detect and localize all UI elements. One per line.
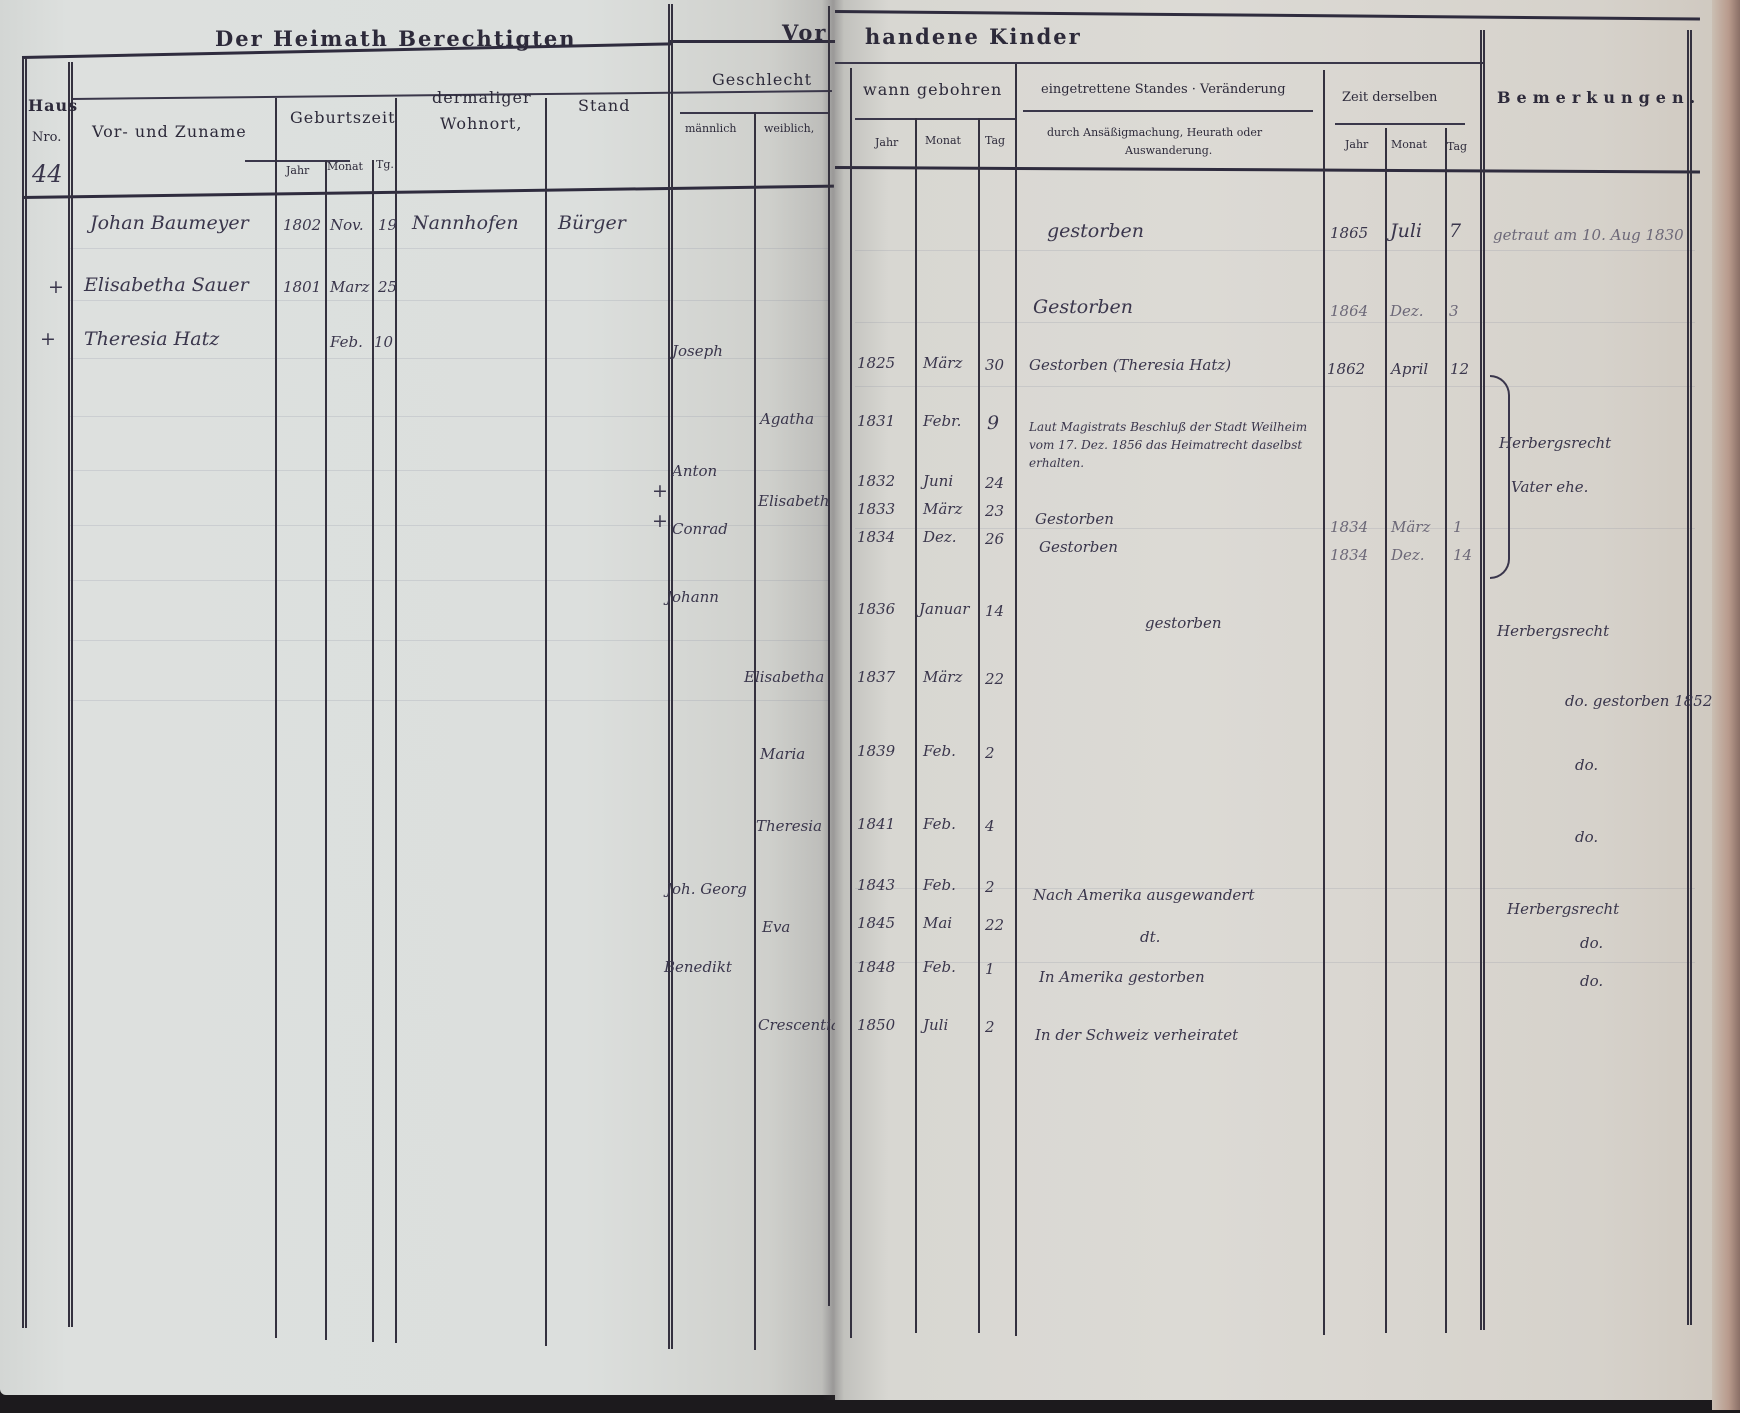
child-birth-month: Feb. [923,742,956,760]
section-title-heimath: Der Heimath Berechtigten [215,26,577,51]
child-birth-day: 9 [987,412,999,434]
child-birth-year: 1834 [857,528,895,546]
person-name: Theresia Hatz [84,328,219,350]
header-z-tag: Tag [1447,140,1467,153]
header-bemerkungen: Bemerkungen. [1497,88,1701,107]
parent-change-month: Dez. [1390,302,1424,320]
child-birth-month: Dez. [923,528,957,546]
header-monat: Monat [925,134,961,147]
header-zeit-derselben: Zeit derselben [1342,90,1437,105]
header-veraenderung-sub-2: Auswanderung. [1125,144,1212,157]
child-remark: do. [1575,756,1598,774]
header-veraenderung: eingetrettene Standes · Veränderung [1041,82,1286,97]
child-change: Gestorben [1035,510,1114,528]
child-change: Gestorben [1039,538,1118,556]
child-birth-year: 1832 [857,472,895,490]
header-nro: Nro. [32,130,61,145]
child-birth-year: 1850 [857,1016,895,1034]
header-z-monat: Monat [1391,138,1427,151]
deceased-cross-icon: + [652,480,668,502]
child-remark: do. [1575,828,1598,846]
child-remark: Herbergsrecht [1507,900,1619,918]
child-name-male: Benedikt [664,958,732,976]
child-change: Nach Amerika ausgewandert [1033,886,1255,904]
parent-change-year: 1865 [1330,224,1368,242]
child-change-year: 1834 [1330,546,1368,564]
child-remark: Herbergsrecht [1499,434,1611,452]
child-name-male: Joh. Georg [666,880,747,898]
person-birth-year: 1802 [283,216,321,234]
child-birth-day: 23 [985,502,1004,520]
child-name-female: Maria [760,745,805,763]
child-birth-year: 1825 [857,354,895,372]
child-birth-day: 22 [985,670,1004,688]
child-birth-day: 24 [985,474,1004,492]
header-wohnort-1: dermaliger [432,88,532,107]
person-name: Elisabetha Sauer [84,274,249,296]
child-name-female: Elisabeth [758,492,829,510]
header-wann-gebohren: wann gebohren [863,80,1002,99]
child-birth-day: 1 [985,960,995,978]
person-birth-month: Nov. [330,216,364,234]
child-birth-year: 1845 [857,914,895,932]
child-change: In der Schweiz verheiratet [1035,1026,1238,1044]
child-birth-day: 2 [985,744,995,762]
parent-change-month: Juli [1390,220,1422,242]
header-geschlecht: Geschlecht [712,70,812,89]
person-name: Johan Baumeyer [90,212,249,234]
child-change-day: 1 [1453,518,1463,536]
person-birth-day: 25 [378,278,397,296]
child-change: Laut Magistrats Beschluß der Stadt Weilh… [1029,418,1319,472]
header-name: Vor- und Zuname [92,122,247,141]
header-jahr: Jahr [875,136,898,149]
deceased-cross-icon: + [652,510,668,532]
child-birth-year: 1836 [857,600,895,618]
child-birth-day: 14 [985,602,1004,620]
person-status: Bürger [558,212,626,234]
header-jahr: Jahr [286,164,309,177]
child-name-female: Theresia [756,817,822,835]
person-birth-month: Marz [330,278,369,296]
person-birth-year: 1801 [283,278,321,296]
child-change-day: 12 [1450,360,1469,378]
child-change: Gestorben (Theresia Hatz) [1029,356,1231,374]
child-birth-year: 1837 [857,668,895,686]
left-page: Der Heimath Berechtigten Vor Haus Nro. V… [0,0,835,1395]
child-remark: do. [1580,934,1603,952]
child-birth-month: Juli [923,1016,948,1034]
child-birth-month: Juni [923,472,953,490]
child-birth-month: Mai [923,914,952,932]
header-veraenderung-sub-1: durch Ansäßigmachung, Heurath oder [1047,126,1262,139]
header-geburtszeit: Geburtszeit [290,108,396,127]
child-birth-month: Febr. [923,412,961,430]
child-remark: Vater ehe. [1511,478,1588,496]
child-birth-day: 26 [985,530,1004,548]
child-name-male: Johann [666,588,719,606]
child-name-male: Anton [672,462,717,480]
page-edge [1712,0,1740,1410]
deceased-cross-icon: + [48,276,64,298]
child-name-male: Conrad [672,520,728,538]
header-wohnort-2: Wohnort, [440,114,522,133]
child-birth-year: 1848 [857,958,895,976]
child-name-female: Agatha [760,410,814,428]
child-change: gestorben [1145,614,1222,632]
book-gutter [822,0,844,1400]
child-birth-year: 1839 [857,742,895,760]
header-stand: Stand [578,96,630,115]
child-change-month: Dez. [1391,546,1425,564]
child-birth-year: 1841 [857,815,895,833]
header-tag: Tag [985,134,1005,147]
child-birth-year: 1831 [857,412,895,430]
parent-change-day: 7 [1449,220,1461,242]
header-monat: Monat [327,160,363,173]
child-birth-year: 1833 [857,500,895,518]
child-change-year: 1862 [1327,360,1365,378]
child-change: dt. [1140,928,1160,946]
remark-brace [1490,375,1510,579]
person-residence: Nannhofen [412,212,519,234]
child-name-female: Elisabetha [744,668,824,686]
deceased-cross-icon: + [40,328,56,350]
parent-change: gestorben [1047,220,1144,242]
child-change-month: April [1391,360,1428,378]
section-title-kinder: handene Kinder [865,24,1082,49]
section-title-vor: Vor [782,20,827,45]
header-z-jahr: Jahr [1345,138,1368,151]
child-change: In Amerika gestorben [1039,968,1205,986]
person-birth-day: 10 [374,333,393,351]
header-tag: Tg. [376,158,394,171]
parent-change-year: 1864 [1330,302,1368,320]
child-birth-day: 2 [985,1018,995,1036]
child-change-month: März [1391,518,1430,536]
child-birth-month: März [923,354,962,372]
header-weiblich: weiblich, [764,122,814,135]
child-birth-month: Feb. [923,876,956,894]
child-birth-month: März [923,500,962,518]
parent-change: Gestorben [1033,296,1133,318]
child-birth-day: 22 [985,916,1004,934]
header-haus: Haus [28,96,78,115]
child-birth-day: 4 [985,817,995,835]
right-page: handene Kinder wann gebohren Jahr Monat … [835,0,1730,1400]
child-remark: do. gestorben 1852 [1565,692,1712,710]
parent-remark: getraut am 10. Aug 1830 [1493,226,1684,244]
register-book: Der Heimath Berechtigten Vor Haus Nro. V… [0,0,1740,1413]
child-remark: do. [1580,972,1603,990]
child-name-female: Eva [762,918,790,936]
child-birth-day: 30 [985,356,1004,374]
person-birth-month: Feb. [330,333,363,351]
child-remark: Herbergsrecht [1497,622,1609,640]
child-birth-day: 2 [985,878,995,896]
child-birth-month: Feb. [923,958,956,976]
child-birth-month: Januar [919,600,969,618]
child-birth-month: Feb. [923,815,956,833]
child-change-day: 14 [1453,546,1472,564]
header-maennlich: männlich [685,122,736,135]
house-number: 44 [32,160,63,188]
child-birth-month: März [923,668,962,686]
person-birth-day: 19 [378,216,397,234]
parent-change-day: 3 [1449,302,1459,320]
child-change-year: 1834 [1330,518,1368,536]
child-name-male: Joseph [672,342,723,360]
child-birth-year: 1843 [857,876,895,894]
